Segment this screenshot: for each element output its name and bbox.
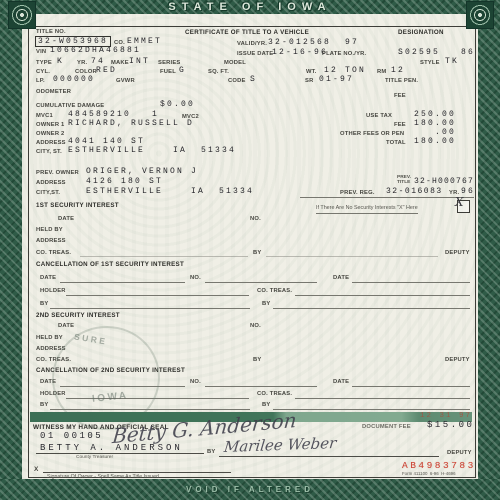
prev-title-value: 32-H000767	[414, 177, 474, 186]
ruled-line	[36, 453, 204, 454]
ruled-line	[80, 256, 248, 257]
series-label: SERIES	[158, 60, 180, 66]
valid-yr-value: 32-012568 97	[268, 38, 359, 47]
make-value: INT	[129, 57, 150, 66]
prev-reg-label: PREV. REG.	[340, 190, 375, 196]
wt-label: WT.	[306, 69, 317, 75]
fee-row-label: FEE	[394, 122, 406, 128]
address-value: 4041 140 ST	[68, 137, 145, 146]
corner-rosette-icon	[466, 1, 494, 29]
stamp-date: 12 31 97	[420, 412, 472, 420]
office-code: 01 00105	[40, 431, 103, 441]
ruled-line	[66, 295, 249, 296]
prev-reg-value: 32-016083	[386, 187, 443, 196]
issue-date-label: ISSUE DATE	[237, 51, 273, 57]
sqft-label: SQ. FT.	[208, 69, 229, 75]
treasurer-name: BETTY A. ANDERSON	[40, 443, 183, 453]
lp-label: LP.	[36, 78, 45, 84]
rm-value: 12	[391, 66, 405, 75]
cyl-label: CYL.	[36, 69, 50, 75]
cumulative-damage-label: CUMULATIVE DAMAGE	[36, 103, 104, 109]
serial-number: AB4983783	[402, 460, 476, 471]
city-st-value: ESTHERVILLE IA 51334	[68, 146, 236, 155]
cancel1-date-label: DATE	[40, 275, 56, 281]
cancel1-date2-label: DATE	[333, 275, 349, 281]
other-fees-value: .00	[435, 128, 456, 137]
title-no-label: TITLE NO.	[36, 29, 66, 35]
footer-deputy-label: DEPUTY	[447, 450, 472, 456]
void-if-altered-text: VOID IF ALTERED	[186, 485, 314, 494]
owner2-label: OWNER 2	[36, 131, 64, 137]
ruled-line	[295, 295, 470, 296]
prev-owner-value: ORIGER, VERNON J	[86, 167, 198, 176]
prev-owner-label: PREV. OWNER	[36, 170, 79, 176]
sec2-by-label: BY	[253, 357, 261, 363]
sec2-date-label: DATE	[58, 323, 74, 329]
owner1-value: RICHARD, RUSSELL D	[68, 119, 194, 128]
footer-by-label: BY	[207, 449, 215, 455]
type-value: K	[57, 57, 64, 66]
sec2-no-label: NO.	[250, 323, 261, 329]
prev-address-value: 4126 180 ST	[86, 177, 163, 186]
yr-label: YR.	[77, 60, 87, 66]
corner-rosette-icon	[8, 1, 36, 29]
cancel1-no-label: NO.	[190, 275, 201, 281]
color-value: RED	[96, 66, 117, 75]
plate-no-value: S02595 86	[398, 48, 475, 57]
use-tax-value: 250.00	[414, 110, 456, 119]
cancel2-date2-label: DATE	[333, 379, 349, 385]
fee-label: FEE	[394, 93, 406, 99]
city-st-label: CITY, ST.	[36, 149, 62, 155]
fuel-label: FUEL	[160, 69, 176, 75]
ruled-line	[205, 386, 317, 387]
sec1-heading: 1ST SECURITY INTEREST	[36, 202, 119, 209]
form-number: Form 411100 6-96 H-4696	[402, 471, 456, 476]
sec1-no-label: NO.	[250, 216, 261, 222]
fee-value: 180.00	[414, 119, 456, 128]
use-tax-label: USE TAX	[366, 113, 392, 119]
issue-date-value: 12-16-96	[272, 48, 328, 57]
sec1-date-label: DATE	[58, 216, 74, 222]
border-right	[478, 14, 500, 479]
valid-yr-label: VALID/YR.	[237, 41, 267, 47]
state-title: STATE OF IOWA	[0, 1, 500, 13]
ruled-line	[295, 398, 470, 399]
fuel-value: G	[179, 66, 186, 75]
yr-value: 74	[91, 57, 105, 66]
handwritten-x-mark: X	[455, 195, 464, 209]
sec2-heading: 2ND SECURITY INTEREST	[36, 312, 120, 319]
sec1-address-label: ADDRESS	[36, 238, 66, 244]
type-label: TYPE	[36, 60, 52, 66]
sec1-co-treas-label: CO. TREAS.	[36, 250, 71, 256]
sec1-by-label: BY	[253, 250, 261, 256]
gvwr-label: GVWR	[116, 78, 135, 84]
total-value: 180.00	[414, 137, 456, 146]
sec1-deputy-label: DEPUTY	[445, 250, 470, 256]
plate-no-label: PLATE NO./YR.	[322, 51, 366, 57]
certificate-of-title-document: VOID IF ALTERED STATE OF IOWA TITLE NO. …	[0, 0, 500, 500]
code-label: CODE	[228, 78, 246, 84]
other-fees-label: OTHER FEES OR PEN	[340, 131, 404, 137]
sr-label: SR	[305, 78, 313, 84]
lp-value: 000000	[53, 75, 95, 84]
cancel2-by2-label: BY	[262, 402, 270, 408]
ruled-line	[266, 256, 438, 257]
owner-signature-x-label: X	[34, 466, 39, 473]
certificate-heading: CERTIFICATE OF TITLE TO A VEHICLE	[185, 29, 309, 36]
cancel2-no-label: NO.	[190, 379, 201, 385]
sr-value: 01-97	[319, 75, 354, 84]
style-value: TK	[445, 57, 459, 66]
cancel2-by-label: BY	[40, 402, 48, 408]
ruled-line	[352, 386, 470, 387]
title-pen-label: TITLE PEN.	[385, 78, 418, 84]
ruled-line	[273, 409, 470, 410]
rm-label: RM	[377, 69, 386, 75]
sec2-deputy-label: DEPUTY	[445, 357, 470, 363]
no-security-note: If There Are No Security Interests "X" H…	[316, 205, 418, 214]
style-label: STYLE	[420, 60, 440, 66]
vin-label: VIN	[36, 49, 46, 55]
mvc1-label: MVC1	[36, 113, 53, 119]
prev-address-label: ADDRESS	[36, 180, 66, 186]
owner1-label: OWNER 1	[36, 122, 64, 128]
prev-city-value: ESTHERVILLE IA 51334	[86, 187, 254, 196]
odometer-label: ODOMETER	[36, 89, 71, 95]
owner-signature-note: Signature Of Owner - Spell Same As Title…	[47, 474, 159, 480]
treasurer-title: County Treasurer	[76, 455, 113, 460]
cancel1-co-treas-label: CO. TREAS.	[257, 288, 292, 294]
total-label: TOTAL	[386, 140, 406, 146]
vin-value: 10662DHA46881	[50, 46, 141, 55]
cancel1-by-label: BY	[40, 301, 48, 307]
ruled-line	[300, 197, 474, 198]
prev-city-label: CITY,ST.	[36, 190, 60, 196]
sec2-held-by-label: HELD BY	[36, 335, 63, 341]
county-value: EMMET	[127, 37, 162, 46]
ruled-line	[352, 282, 470, 283]
cancel1-holder-label: HOLDER	[40, 288, 66, 294]
border-left	[0, 14, 22, 479]
prev-title-label-2: TITLE	[397, 180, 410, 185]
ruled-line	[60, 282, 185, 283]
sec1-held-by-label: HELD BY	[36, 227, 63, 233]
code-value: S	[250, 75, 257, 84]
document-fee-label: DOCUMENT FEE	[362, 424, 411, 430]
cancel1-by2-label: BY	[262, 301, 270, 307]
border-bottom: VOID IF ALTERED	[0, 479, 500, 500]
cumulative-damage-value: $0.00	[160, 100, 195, 109]
ruled-line	[205, 282, 317, 283]
designation-label: DESIGNATION	[398, 29, 444, 36]
owner-signature-line	[43, 472, 231, 473]
document-fee-value: $15.00	[427, 420, 474, 430]
mvc1-value: 484589210 1	[68, 110, 159, 119]
ruled-line	[219, 456, 439, 457]
cancel2-co-treas-label: CO. TREAS.	[257, 391, 292, 397]
model-label: MODEL	[224, 60, 246, 66]
wt-value: 12 TON	[324, 66, 366, 75]
cancel1-heading: CANCELLATION OF 1ST SECURITY INTEREST	[36, 261, 184, 268]
ruled-line	[50, 308, 250, 309]
address-label: ADDRESS	[36, 140, 66, 146]
ruled-line	[273, 308, 470, 309]
